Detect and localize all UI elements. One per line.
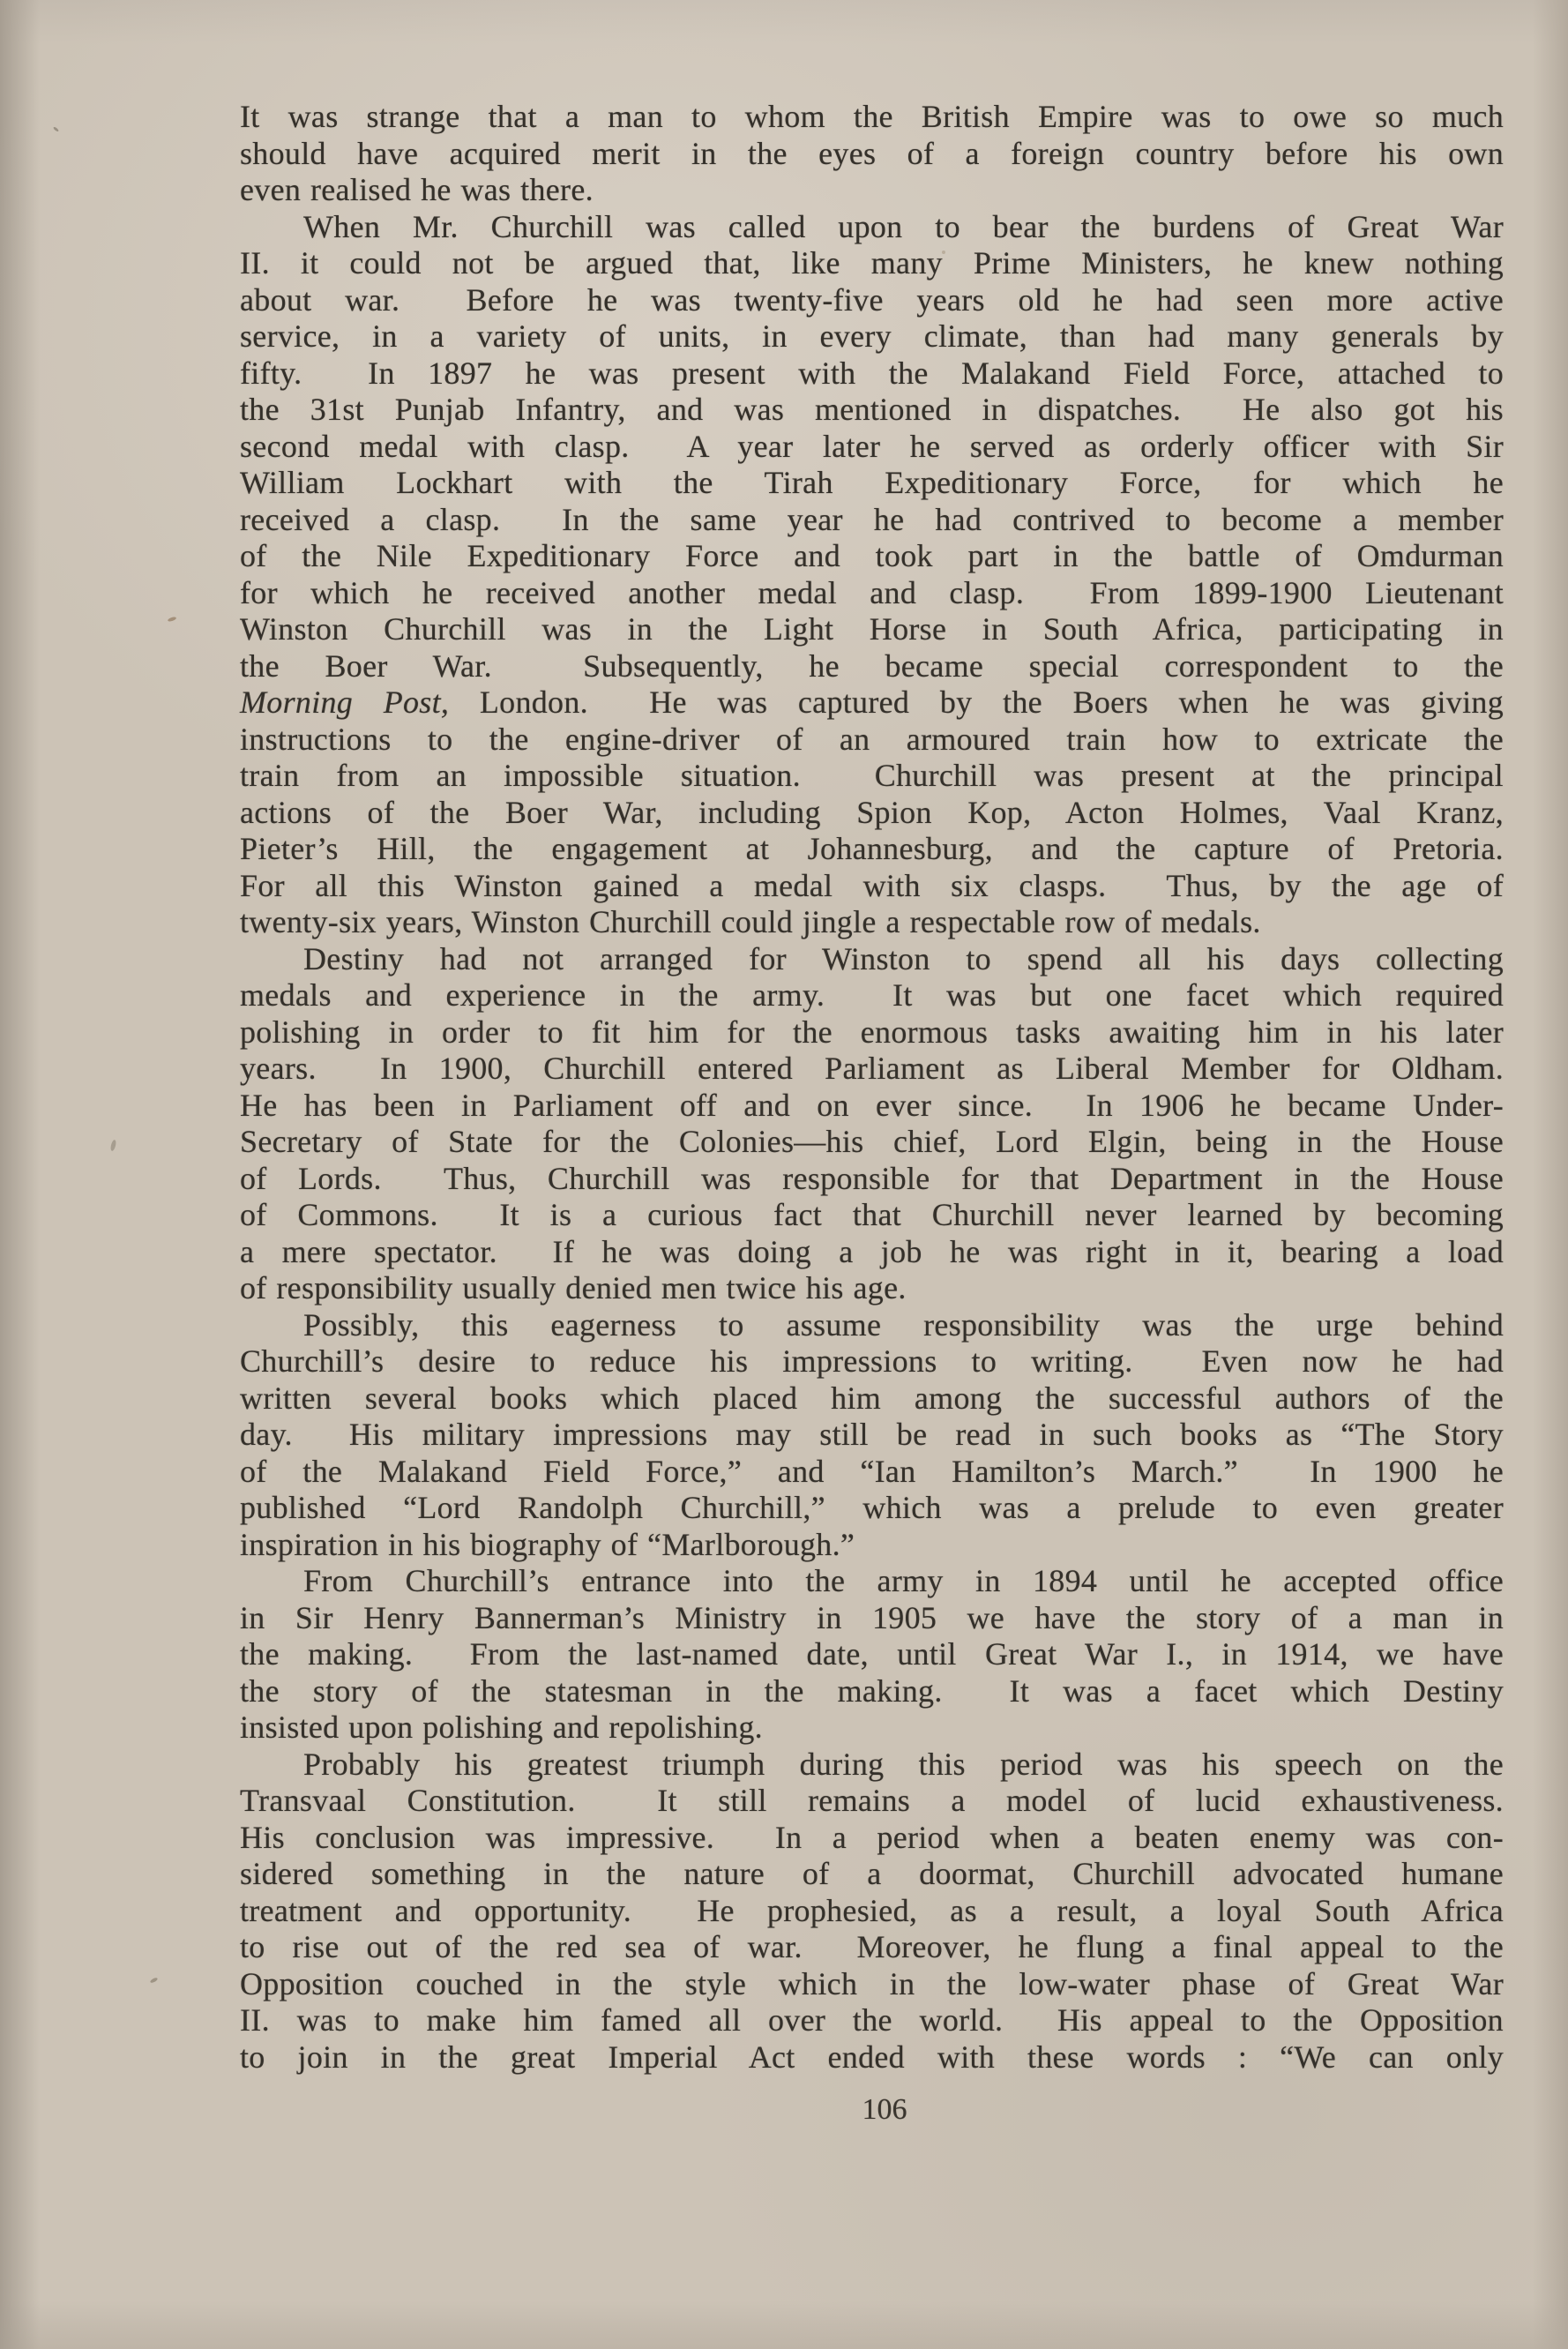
- text-line: for which he received another medal and …: [240, 575, 1504, 612]
- text-line: inspiration in his biography of “Marlbor…: [240, 1527, 1504, 1564]
- text-line: Possibly, this eagerness to assume respo…: [240, 1307, 1504, 1344]
- paper-speck: [150, 1977, 159, 1984]
- text-line: twenty-six years, Winston Churchill coul…: [240, 904, 1504, 941]
- text-line: should have acquired merit in the eyes o…: [240, 136, 1504, 173]
- text-line: medals and experience in the army. It wa…: [240, 977, 1504, 1014]
- text-line: written several books which placed him a…: [240, 1380, 1504, 1418]
- text-line: second medal with clasp. A year later he…: [240, 429, 1504, 466]
- text-line: received a clasp. In the same year he ha…: [240, 502, 1504, 539]
- text-line: train from an impossible situation. Chur…: [240, 758, 1504, 795]
- page-number: 106: [845, 2092, 924, 2128]
- text-line: William Lockhart with the Tirah Expediti…: [240, 465, 1504, 502]
- text-line: Probably his greatest triumph during thi…: [240, 1747, 1504, 1784]
- text-line: of the Nile Expeditionary Force and took…: [240, 538, 1504, 575]
- paper-speck: [53, 126, 59, 132]
- text-line: For all this Winston gained a medal with…: [240, 868, 1504, 905]
- text-line: Opposition couched in the style which in…: [240, 1966, 1504, 2003]
- text-line: the Boer War. Subsequently, he became sp…: [240, 648, 1504, 685]
- text-line: Pieter’s Hill, the engagement at Johanne…: [240, 831, 1504, 868]
- text-line: service, in a variety of units, in every…: [240, 318, 1504, 355]
- text-line: of Commons. It is a curious fact that Ch…: [240, 1197, 1504, 1234]
- paper-speck: [168, 617, 177, 623]
- text-line: the story of the statesman in the making…: [240, 1673, 1504, 1710]
- text-line: II. was to make him famed all over the w…: [240, 2002, 1504, 2039]
- text-line: When Mr. Churchill was called upon to be…: [240, 209, 1504, 246]
- text-line: years. In 1900, Churchill entered Parlia…: [240, 1051, 1504, 1088]
- text-line: to rise out of the red sea of war. Moreo…: [240, 1929, 1504, 1966]
- scanned-book-page: It was strange that a man to whom the Br…: [0, 0, 1568, 2349]
- text-line: polishing in order to fit him for the en…: [240, 1014, 1504, 1051]
- text-line: Churchill’s desire to reduce his impress…: [240, 1343, 1504, 1380]
- text-line: He has been in Parliament off and on eve…: [240, 1088, 1504, 1125]
- text-line: From Churchill’s entrance into the army …: [240, 1563, 1504, 1600]
- paper-speck: [942, 251, 945, 254]
- text-line: It was strange that a man to whom the Br…: [240, 99, 1504, 136]
- text-block: It was strange that a man to whom the Br…: [240, 99, 1504, 2076]
- text-line: of Lords. Thus, Churchill was responsibl…: [240, 1161, 1504, 1198]
- text-line: the making. From the last-named date, un…: [240, 1636, 1504, 1673]
- text-line: sidered something in the nature of a doo…: [240, 1856, 1504, 1893]
- text-line: Winston Churchill was in the Light Horse…: [240, 611, 1504, 648]
- text-line: day. His military impressions may still …: [240, 1417, 1504, 1454]
- text-line: His conclusion was impressive. In a peri…: [240, 1820, 1504, 1857]
- text-line: instructions to the engine-driver of an …: [240, 722, 1504, 759]
- text-line: treatment and opportunity. He prophesied…: [240, 1893, 1504, 1930]
- text-line: to join in the great Imperial Act ended …: [240, 2039, 1504, 2076]
- text-line: Destiny had not arranged for Winston to …: [240, 941, 1504, 978]
- paper-speck: [110, 1140, 117, 1152]
- text-line: of responsibility usually denied men twi…: [240, 1270, 1504, 1307]
- text-line: II. it could not be argued that, like ma…: [240, 245, 1504, 282]
- text-line: Secretary of State for the Colonies—his …: [240, 1124, 1504, 1161]
- text-line: Transvaal Constitution. It still remains…: [240, 1783, 1504, 1820]
- text-line: a mere spectator. If he was doing a job …: [240, 1234, 1504, 1271]
- text-line: insisted upon polishing and repolishing.: [240, 1709, 1504, 1747]
- text-line: published “Lord Randolph Churchill,” whi…: [240, 1490, 1504, 1527]
- text-line: about war. Before he was twenty-five yea…: [240, 282, 1504, 319]
- text-line: actions of the Boer War, including Spion…: [240, 795, 1504, 832]
- text-line: fifty. In 1897 he was present with the M…: [240, 355, 1504, 393]
- text-line: in Sir Henry Bannerman’s Ministry in 190…: [240, 1600, 1504, 1637]
- text-line: the 31st Punjab Infantry, and was mentio…: [240, 392, 1504, 429]
- italic-text: Morning Post,: [240, 685, 449, 720]
- text-line: even realised he was there.: [240, 172, 1504, 209]
- text-line: of the Malakand Field Force,” and “Ian H…: [240, 1454, 1504, 1491]
- text-line: Morning Post, London. He was captured by…: [240, 685, 1504, 722]
